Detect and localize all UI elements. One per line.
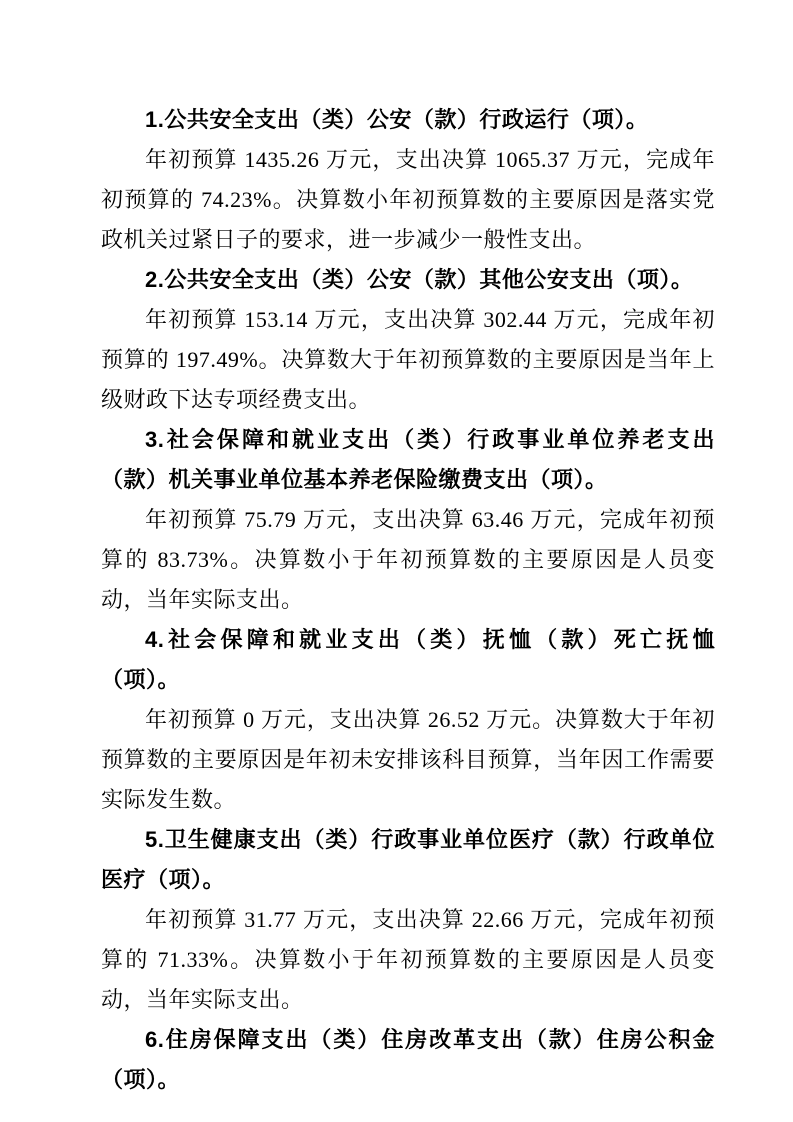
expense-section-2-heading: 2.公共安全支出（类）公安（款）其他公安支出（项）。 — [101, 260, 715, 300]
expense-section-1-heading: 1.公共安全支出（类）公安（款）行政运行（项）。 — [101, 100, 715, 140]
expense-section-3-heading: 3.社会保障和就业支出（类）行政事业单位养老支出（款）机关事业单位基本养老保险缴… — [101, 420, 715, 500]
expense-section-3-body: 年初预算 75.79 万元，支出决算 63.46 万元，完成年初预算的 83.7… — [101, 500, 715, 620]
expense-section-5-body: 年初预算 31.77 万元，支出决算 22.66 万元，完成年初预算的 71.3… — [101, 900, 715, 1020]
expense-section-5: 5.卫生健康支出（类）行政事业单位医疗（款）行政单位医疗（项）。 年初预算 31… — [101, 820, 715, 1020]
expense-section-1-body: 年初预算 1435.26 万元，支出决算 1065.37 万元，完成年初预算的 … — [101, 140, 715, 260]
expense-section-6: 6.住房保障支出（类）住房改革支出（款）住房公积金（项）。 — [101, 1020, 715, 1100]
expense-section-4: 4.社会保障和就业支出（类）抚恤（款）死亡抚恤（项）。 年初预算 0 万元，支出… — [101, 620, 715, 820]
expense-section-6-heading: 6.住房保障支出（类）住房改革支出（款）住房公积金（项）。 — [101, 1020, 715, 1100]
expense-section-1: 1.公共安全支出（类）公安（款）行政运行（项）。 年初预算 1435.26 万元… — [101, 100, 715, 260]
expense-section-2-body: 年初预算 153.14 万元，支出决算 302.44 万元，完成年初预算的 19… — [101, 300, 715, 420]
expense-section-2: 2.公共安全支出（类）公安（款）其他公安支出（项）。 年初预算 153.14 万… — [101, 260, 715, 420]
expense-section-4-body: 年初预算 0 万元，支出决算 26.52 万元。决算数大于年初预算数的主要原因是… — [101, 700, 715, 820]
expense-section-3: 3.社会保障和就业支出（类）行政事业单位养老支出（款）机关事业单位基本养老保险缴… — [101, 420, 715, 620]
expense-section-5-heading: 5.卫生健康支出（类）行政事业单位医疗（款）行政单位医疗（项）。 — [101, 820, 715, 900]
document-page: 1.公共安全支出（类）公安（款）行政运行（项）。 年初预算 1435.26 万元… — [0, 0, 793, 1122]
expense-section-4-heading: 4.社会保障和就业支出（类）抚恤（款）死亡抚恤（项）。 — [101, 620, 715, 700]
